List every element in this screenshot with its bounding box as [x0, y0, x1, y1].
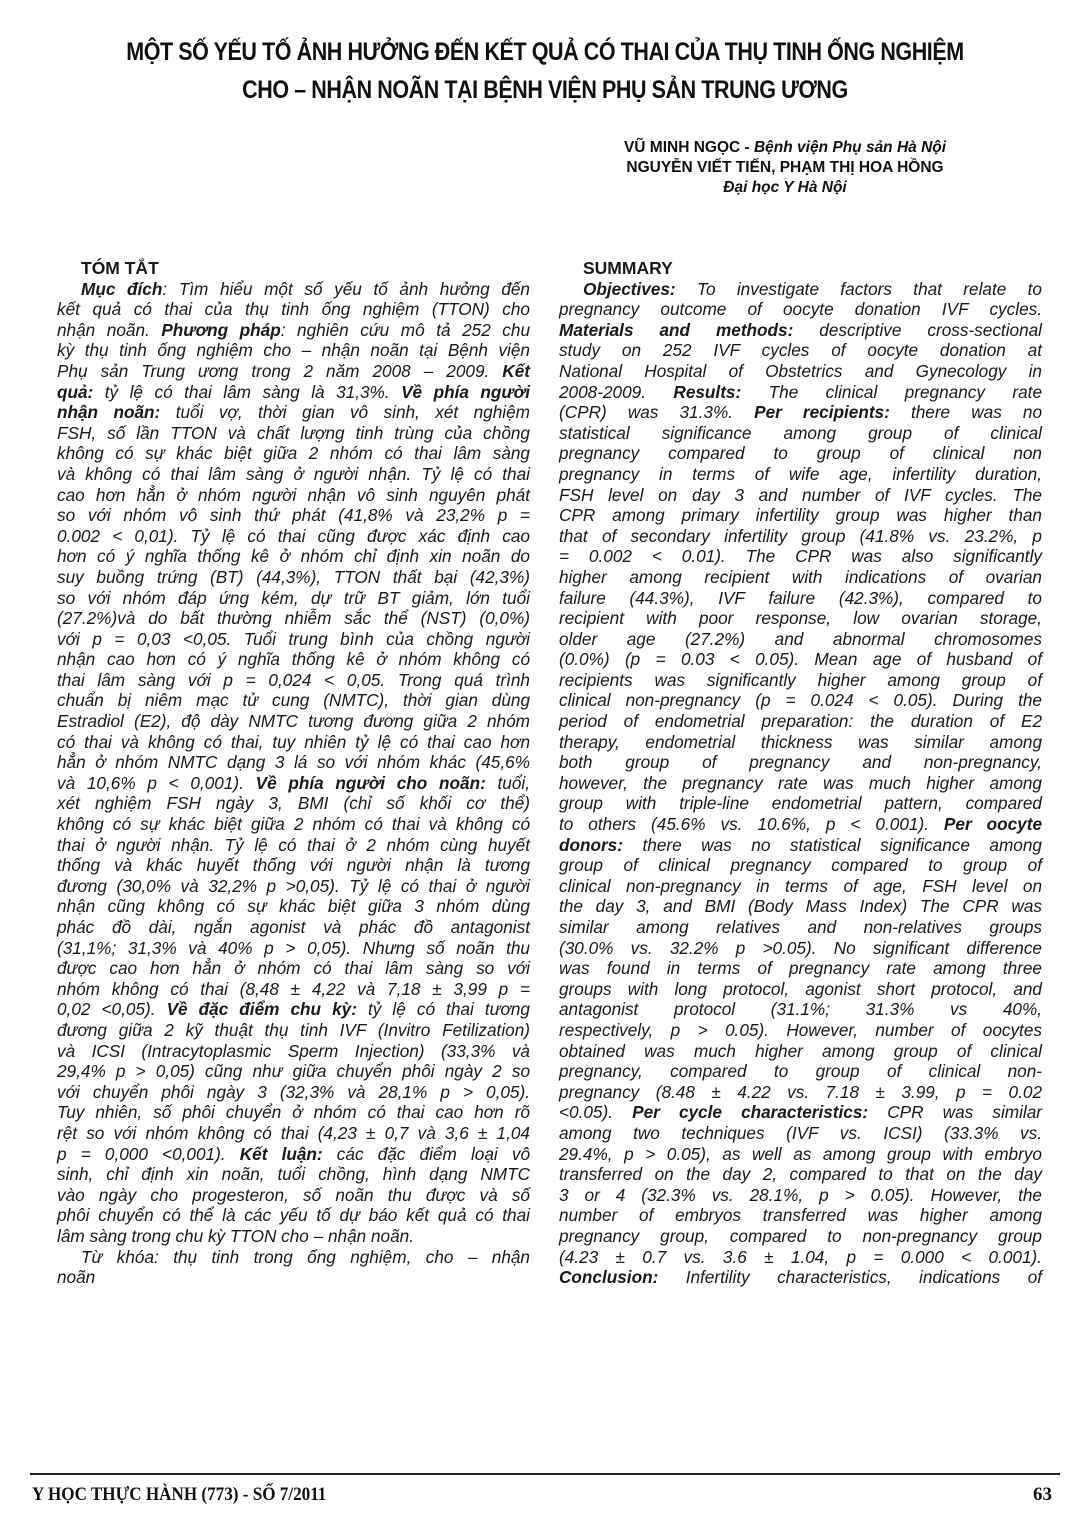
bold-label: Objectives:: [583, 279, 676, 299]
text-line: noãn: [57, 1267, 530, 1288]
text-line: nhận cũng không có sự khác biệt giữa 3 n…: [57, 896, 530, 917]
abstract-english: SUMMARY Objectives: To investigate facto…: [559, 258, 1042, 1288]
bold-label: Về đặc điểm chu kỳ:: [167, 999, 357, 1019]
text-line: FSH level on day 3 and number of IVF cyc…: [559, 485, 1042, 506]
text-line: pregnancy in terms of wife age, infertil…: [559, 464, 1042, 485]
abstract-en-heading: SUMMARY: [559, 258, 1042, 279]
text-line: older age (27.2%) and abnormal chromosom…: [559, 629, 1042, 650]
text-line: thai ở người nhận. Tỷ lệ có thai ở 2 nhó…: [57, 835, 530, 856]
text-line: với chuyển phôi ngày 3 (32,3% và 28,1% p…: [57, 1082, 530, 1103]
text-line: to others (45.6% vs. 10.6%, p < 0.001). …: [559, 814, 1042, 835]
author1-name: VŨ MINH NGỌC -: [624, 139, 754, 156]
abstract-en-body: Objectives: To investigate factors that …: [559, 279, 1042, 1288]
text-line: 3 or 4 (32.3% vs. 28.1%, p > 0.05). Howe…: [559, 1185, 1042, 1206]
text-line: among two techniques (IVF vs. ICSI) (33.…: [559, 1123, 1042, 1144]
article-title-line-2: CHO – NHẬN NOÃN TẠI BỆNH VIỆN PHỤ SẢN TR…: [76, 76, 1013, 105]
text-line: đương (30,0% và 32,2% p >0,05). Tỷ lệ có…: [57, 876, 530, 897]
text-line: Tuy nhiên, số phôi chuyển ở nhóm có thai…: [57, 1102, 530, 1123]
text-line: Từ khóa: thụ tinh trong ống nghiệm, cho …: [57, 1247, 530, 1268]
bold-label: Kết luận:: [240, 1144, 323, 1164]
author-block: VŨ MINH NGỌC - Bệnh viện Phụ sản Hà Nội …: [560, 138, 1010, 198]
text-line: được cao hơn hẳn ở nhóm có thai lâm sàng…: [57, 958, 530, 979]
text-line: however, the pregnancy rate was much hig…: [559, 773, 1042, 794]
text-line: nhận noãn: tuổi vợ, thời gian vô sinh, x…: [57, 402, 530, 423]
text-line: obtained was much higher among group of …: [559, 1041, 1042, 1062]
text-line: pregnancy outcome of oocyte donation IVF…: [559, 299, 1042, 320]
text-line: 29,4% p > 0,05) cũng như giữa chuyển phô…: [57, 1061, 530, 1082]
text-line: pregnancy group, compared to non-pregnan…: [559, 1226, 1042, 1247]
author2-affiliation: Đại học Y Hà Nội: [560, 178, 1010, 198]
text-line: Conclusion: Infertility characteristics,…: [559, 1267, 1042, 1288]
text-line: pregnancy compared to group of clinical …: [559, 443, 1042, 464]
text-line: study on 252 IVF cycles of oocyte donati…: [559, 340, 1042, 361]
text-line: National Hospital of Obstetrics and Gyne…: [559, 361, 1042, 382]
text-line: group with triple-line endometrial patte…: [559, 793, 1042, 814]
bold-label: quả:: [57, 382, 93, 402]
text-line: xét nghiệm FSH ngày 3, BMI (chỉ số khối …: [57, 793, 530, 814]
text-line: pregnancy, compared to group of clinical…: [559, 1061, 1042, 1082]
text-line: và ICSI (Intracytoplasmic Sperm Injectio…: [57, 1041, 530, 1062]
text-line: higher among recipient with indications …: [559, 567, 1042, 588]
text-line: so với nhóm đáp ứng kém, dự trữ BT giảm,…: [57, 588, 530, 609]
text-line: hẳn ở nhóm NMTC dạng 3 lá so với nhóm kh…: [57, 752, 530, 773]
text-line: thai lâm sàng với p = 0,024 < 0,05. Tron…: [57, 670, 530, 691]
bold-label: Kết: [502, 361, 530, 381]
text-line: vào ngày cho progesteron, số noãn thu đư…: [57, 1185, 530, 1206]
author2-names: NGUYỄN VIẾT TIẾN, PHẠM THỊ HOA HỒNG: [560, 158, 1010, 178]
bold-label: donors:: [559, 835, 623, 855]
text-line: Estradiol (E2), độ dày NMTC tương đương …: [57, 711, 530, 732]
text-line: respectively, p > 0.05). However, number…: [559, 1020, 1042, 1041]
article-title-line-1: MỘT SỐ YẾU TỐ ẢNH HƯỞNG ĐẾN KẾT QUẢ CÓ T…: [76, 38, 1013, 67]
page-number: 63: [1033, 1484, 1052, 1506]
text-line: (0.0%) (p = 0.03 < 0.05). Mean age of hu…: [559, 649, 1042, 670]
text-line: (4.23 ± 0.7 vs. 3.6 ± 1.04, p = 0.000 < …: [559, 1247, 1042, 1268]
text-line: và 10,6% p < 0,001). Về phía người cho n…: [57, 773, 530, 794]
text-line: Materials and methods: descriptive cross…: [559, 320, 1042, 341]
text-line: therapy, endometrial thickness was simil…: [559, 732, 1042, 753]
text-line: không có sự khác biệt giữa 2 nhóm có tha…: [57, 443, 530, 464]
text-line: donors: there was no statistical signifi…: [559, 835, 1042, 856]
author1-affiliation: Bệnh viện Phụ sản Hà Nội: [754, 139, 946, 156]
text-line: chuẩn bị niêm mạc tử cung (NMTC), thời g…: [57, 690, 530, 711]
text-line: lâm sàng trong chu kỳ TTON cho – nhận no…: [57, 1226, 530, 1247]
text-line: với p = 0,03 <0,05. Tuổi trung bình của …: [57, 629, 530, 650]
text-line: that of secondary infertility group (41.…: [559, 526, 1042, 547]
text-line: was found in terms of pregnancy rate amo…: [559, 958, 1042, 979]
text-line: phôi chuyển có thể là các yếu tố dự báo …: [57, 1205, 530, 1226]
text-line: antagonist protocol (31.1%; 31.3% vs 40%…: [559, 999, 1042, 1020]
text-line: so với nhóm vô sinh thứ phát (41,8% và 2…: [57, 505, 530, 526]
text-line: clinical non-pregnancy in terms of age, …: [559, 876, 1042, 897]
text-line: transferred on the day 2, compared to th…: [559, 1164, 1042, 1185]
text-line: rệt so với nhóm không có thai (4,23 ± 0,…: [57, 1123, 530, 1144]
text-line: không có sự khác biệt giữa 2 nhóm có tha…: [57, 814, 530, 835]
text-line: suy buồng trứng (BT) (44,3%), TTON thất …: [57, 567, 530, 588]
text-line: cao hơn hẳn ở nhóm người nhận vô sinh ng…: [57, 485, 530, 506]
bold-label: Results:: [673, 382, 741, 402]
text-line: recipients was significantly higher amon…: [559, 670, 1042, 691]
text-line: (CPR) was 31.3%. Per recipients: there w…: [559, 402, 1042, 423]
bold-label: Phương pháp: [161, 320, 280, 340]
bold-label: Về phía người: [401, 382, 530, 402]
footer-divider: [30, 1473, 1060, 1475]
text-line: Phụ sản Trung ương trong 2 năm 2008 – 20…: [57, 361, 530, 382]
text-line: similar among relatives and non-relative…: [559, 917, 1042, 938]
text-line: và không có thai lâm sàng ở người nhận. …: [57, 464, 530, 485]
text-line: thống và khác huyết thống với người nhận…: [57, 855, 530, 876]
bold-label: Per recipients:: [754, 402, 890, 422]
text-line: 0,02 <0,05). Về đặc điểm chu kỳ: tỷ lệ c…: [57, 999, 530, 1020]
text-line: both group of pregnancy and non-pregnanc…: [559, 752, 1042, 773]
bold-label: Conclusion:: [559, 1267, 658, 1287]
text-line: the day 3, and BMI (Body Mass Index) The…: [559, 896, 1042, 917]
bold-label: Materials and methods:: [559, 320, 793, 340]
text-line: (27.2%)và do bất thường nhiễm sắc thể (N…: [57, 608, 530, 629]
text-line: 29.4%, p > 0.05), as well as among group…: [559, 1144, 1042, 1165]
text-line: có thai và không có thai, tuy nhiên tỷ l…: [57, 732, 530, 753]
text-line: kết quả có thai của thụ tinh ống nghiệm …: [57, 299, 530, 320]
bold-label: Per oocyte: [944, 814, 1042, 834]
bold-label: Per cycle characteristics:: [632, 1102, 868, 1122]
text-line: = 0.002 < 0.01). The CPR was also signif…: [559, 546, 1042, 567]
text-line: nhận noãn. Phương pháp: nghiên cứu mô tả…: [57, 320, 530, 341]
author-line-1: VŨ MINH NGỌC - Bệnh viện Phụ sản Hà Nội: [560, 138, 1010, 158]
text-line: failure (44.3%), IVF failure (42.3%), co…: [559, 588, 1042, 609]
text-line: recipient with poor response, low ovaria…: [559, 608, 1042, 629]
text-line: Mục đích: Tìm hiểu một số yếu tố ảnh hưở…: [57, 279, 530, 300]
text-line: clinical non-pregnancy (p = 0.024 < 0.05…: [559, 690, 1042, 711]
text-line: FSH, số lần TTON và chất lượng tinh trùn…: [57, 423, 530, 444]
text-line: groups with long protocol, agonist short…: [559, 979, 1042, 1000]
text-line: đương giữa 2 kỹ thuật thụ tinh IVF (Invi…: [57, 1020, 530, 1041]
text-line: pregnancy (8.48 ± 4.22 vs. 7.18 ± 3.99, …: [559, 1082, 1042, 1103]
abstract-vi-body: Mục đích: Tìm hiểu một số yếu tố ảnh hưở…: [57, 279, 530, 1288]
text-line: kỳ thụ tinh ống nghiệm cho – nhận noãn t…: [57, 340, 530, 361]
text-line: hơn có ý nghĩa thống kê ở nhóm chỉ định …: [57, 546, 530, 567]
text-line: quả: tỷ lệ có thai lâm sàng là 31,3%. Về…: [57, 382, 530, 403]
text-line: CPR among primary infertility group was …: [559, 505, 1042, 526]
text-line: sinh, chỉ định xin noãn, tuổi chồng, hìn…: [57, 1164, 530, 1185]
text-line: nhận cao hơn có ý nghĩa thống kê ở nhóm …: [57, 649, 530, 670]
text-line: 0.002 < 0,01). Tỷ lệ có thai cũng được x…: [57, 526, 530, 547]
journal-issue: Y HỌC THỰC HÀNH (773) - SỐ 7/2011: [32, 1484, 326, 1506]
text-line: phác đồ dài, ngắn agonist và phác đồ ant…: [57, 917, 530, 938]
text-line: number of embryos transferred was higher…: [559, 1205, 1042, 1226]
text-line: 2008-2009. Results: The clinical pregnan…: [559, 382, 1042, 403]
text-line: Objectives: To investigate factors that …: [559, 279, 1042, 300]
text-line: nhóm không có thai (8,48 ± 4,22 và 7,18 …: [57, 979, 530, 1000]
text-line: p = 0,000 <0,001). Kết luận: các đặc điể…: [57, 1144, 530, 1165]
bold-label: nhận noãn:: [57, 402, 160, 422]
bold-label: Về phía người cho noãn:: [256, 773, 486, 793]
text-line: <0.05). Per cycle characteristics: CPR w…: [559, 1102, 1042, 1123]
text-line: (31,1%; 31,3% và 40% p > 0,05). Nhưng số…: [57, 938, 530, 959]
text-line: group of clinical pregnancy compared to …: [559, 855, 1042, 876]
text-line: (30.0% vs. 32.2% p >0.05). No significan…: [559, 938, 1042, 959]
text-line: period of endometrial preparation: the d…: [559, 711, 1042, 732]
abstract-vi-heading: TÓM TẮT: [57, 258, 530, 279]
bold-label: Mục đích: [81, 279, 162, 299]
text-line: statistical significance among group of …: [559, 423, 1042, 444]
abstract-vietnamese: TÓM TẮT Mục đích: Tìm hiểu một số yếu tố…: [57, 258, 530, 1288]
